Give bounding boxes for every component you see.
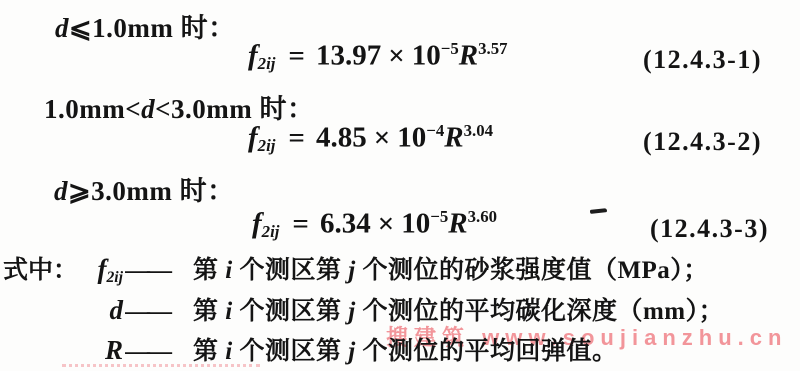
formula-3: f2ij=6.34×10−5R3.60: [252, 207, 497, 242]
variable-d: d: [54, 176, 68, 206]
condition-text: <3.0mm 时：: [155, 94, 314, 124]
multiply-sign: ×: [378, 208, 395, 240]
where-row-R: R —— 第 i 个测区第 j 个测位的平均回弹值。: [3, 331, 617, 368]
R-exponent: 3.57: [478, 39, 507, 58]
symbol-f: f: [248, 40, 258, 72]
document-page: d⩽1.0mm 时： f2ij=13.97×10−5R3.57 (12.4.3-…: [0, 0, 800, 371]
variable-i: i: [225, 298, 232, 325]
base-ten: 10: [397, 122, 426, 154]
symbol-R: R: [444, 122, 463, 154]
ten-exponent: −5: [430, 207, 448, 226]
condition-pre: 1.0mm<: [44, 94, 141, 124]
formula-2: f2ij=4.85×10−4R3.04: [248, 121, 493, 156]
condition-line-3: d⩾3.0mm 时：: [54, 169, 235, 208]
condition-text: ⩾3.0mm 时：: [68, 176, 235, 206]
R-exponent: 3.60: [468, 207, 497, 226]
equals-sign: =: [288, 122, 305, 154]
symbol-f-subscript: 2ij: [258, 136, 276, 155]
condition-text: ⩽1.0mm 时：: [69, 13, 236, 43]
coefficient: 6.34: [320, 208, 371, 240]
symbol-f-subscript: 2ij: [106, 269, 123, 286]
variable-d: d: [55, 13, 69, 43]
equals-sign: =: [288, 40, 305, 72]
ten-exponent: −5: [441, 39, 459, 58]
symbol-f-subscript: 2ij: [258, 54, 276, 73]
symbol-R: R: [448, 208, 467, 240]
where-row-f: 式中： f2ij —— 第 i 个测区第 j 个测位的砂浆强度值（MPa）；: [3, 250, 709, 287]
symbol-f-subscript: 2ij: [262, 222, 280, 241]
equals-sign: =: [292, 208, 309, 240]
variable-j: j: [348, 298, 355, 325]
symbol-f: f: [248, 122, 258, 154]
where-symbol-d: d: [79, 295, 125, 328]
where-symbol-f2ij: f2ij: [79, 254, 125, 287]
where-label: 式中：: [3, 250, 79, 286]
variable-d: d: [141, 94, 155, 124]
where-symbol-R: R: [79, 335, 125, 368]
symbol-f: f: [252, 208, 262, 240]
condition-line-1: d⩽1.0mm 时：: [55, 6, 236, 45]
ten-exponent: −4: [426, 121, 444, 140]
base-ten: 10: [412, 40, 441, 72]
coefficient: 4.85: [316, 122, 367, 154]
base-ten: 10: [401, 208, 430, 240]
symbol-d: d: [110, 295, 124, 325]
formula-1: f2ij=13.97×10−5R3.57: [248, 39, 508, 74]
where-description: 第 i 个测区第 j 个测位的平均回弹值。: [193, 331, 617, 367]
variable-j: j: [348, 257, 355, 284]
variable-j: j: [348, 338, 355, 365]
R-exponent: 3.04: [464, 121, 493, 140]
where-row-d: d —— 第 i 个测区第 j 个测位的平均碳化深度（mm）；: [3, 291, 724, 328]
symbol-R: R: [105, 335, 123, 365]
em-dash: ——: [125, 338, 191, 366]
variable-i: i: [225, 338, 232, 365]
scan-artifact-mark: [590, 208, 607, 214]
multiply-sign: ×: [374, 122, 391, 154]
equation-number-1: (12.4.3-1): [643, 45, 762, 75]
multiply-sign: ×: [388, 40, 405, 72]
variable-i: i: [225, 257, 232, 284]
symbol-R: R: [459, 40, 478, 72]
where-description: 第 i 个测区第 j 个测位的平均碳化深度（mm）；: [193, 291, 724, 327]
em-dash: ——: [125, 257, 191, 285]
equation-number-2: (12.4.3-2): [643, 127, 762, 157]
em-dash: ——: [125, 298, 191, 326]
where-description: 第 i 个测区第 j 个测位的砂浆强度值（MPa）；: [193, 250, 709, 286]
coefficient: 13.97: [316, 40, 381, 72]
equation-number-3: (12.4.3-3): [650, 214, 769, 244]
